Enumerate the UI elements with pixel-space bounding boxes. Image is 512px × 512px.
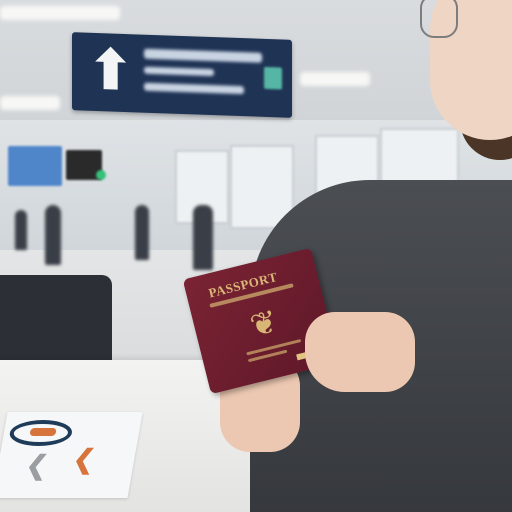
sign-green-badge [264, 67, 282, 90]
background-traveler [135, 205, 149, 260]
background-traveler [45, 205, 61, 265]
background-traveler [15, 210, 27, 250]
sign-text-blurred [144, 83, 244, 94]
logo-icon [8, 420, 75, 446]
status-light [96, 170, 106, 180]
ceiling-light [0, 96, 60, 110]
document-on-counter: ❮ ❮ [0, 412, 143, 498]
up-arrow-icon: ⬆ [88, 43, 128, 98]
coat-of-arms-icon: ❦ [240, 301, 288, 346]
sign-text-blurred [144, 49, 262, 63]
sign-text-blurred [144, 67, 214, 76]
ceiling-light [300, 72, 370, 86]
right-hand [305, 312, 415, 392]
chevron-left-icon: ❮ [71, 446, 97, 472]
glasses-icon [420, 0, 458, 38]
display-screen [8, 146, 62, 186]
airport-scene: ⬆ ❮ ❮ PASSPORT ❦ [0, 0, 512, 512]
background-traveler [193, 205, 213, 270]
overhead-sign: ⬆ [72, 32, 292, 118]
ceiling-light [0, 6, 120, 20]
chevron-left-icon: ❮ [24, 452, 50, 478]
